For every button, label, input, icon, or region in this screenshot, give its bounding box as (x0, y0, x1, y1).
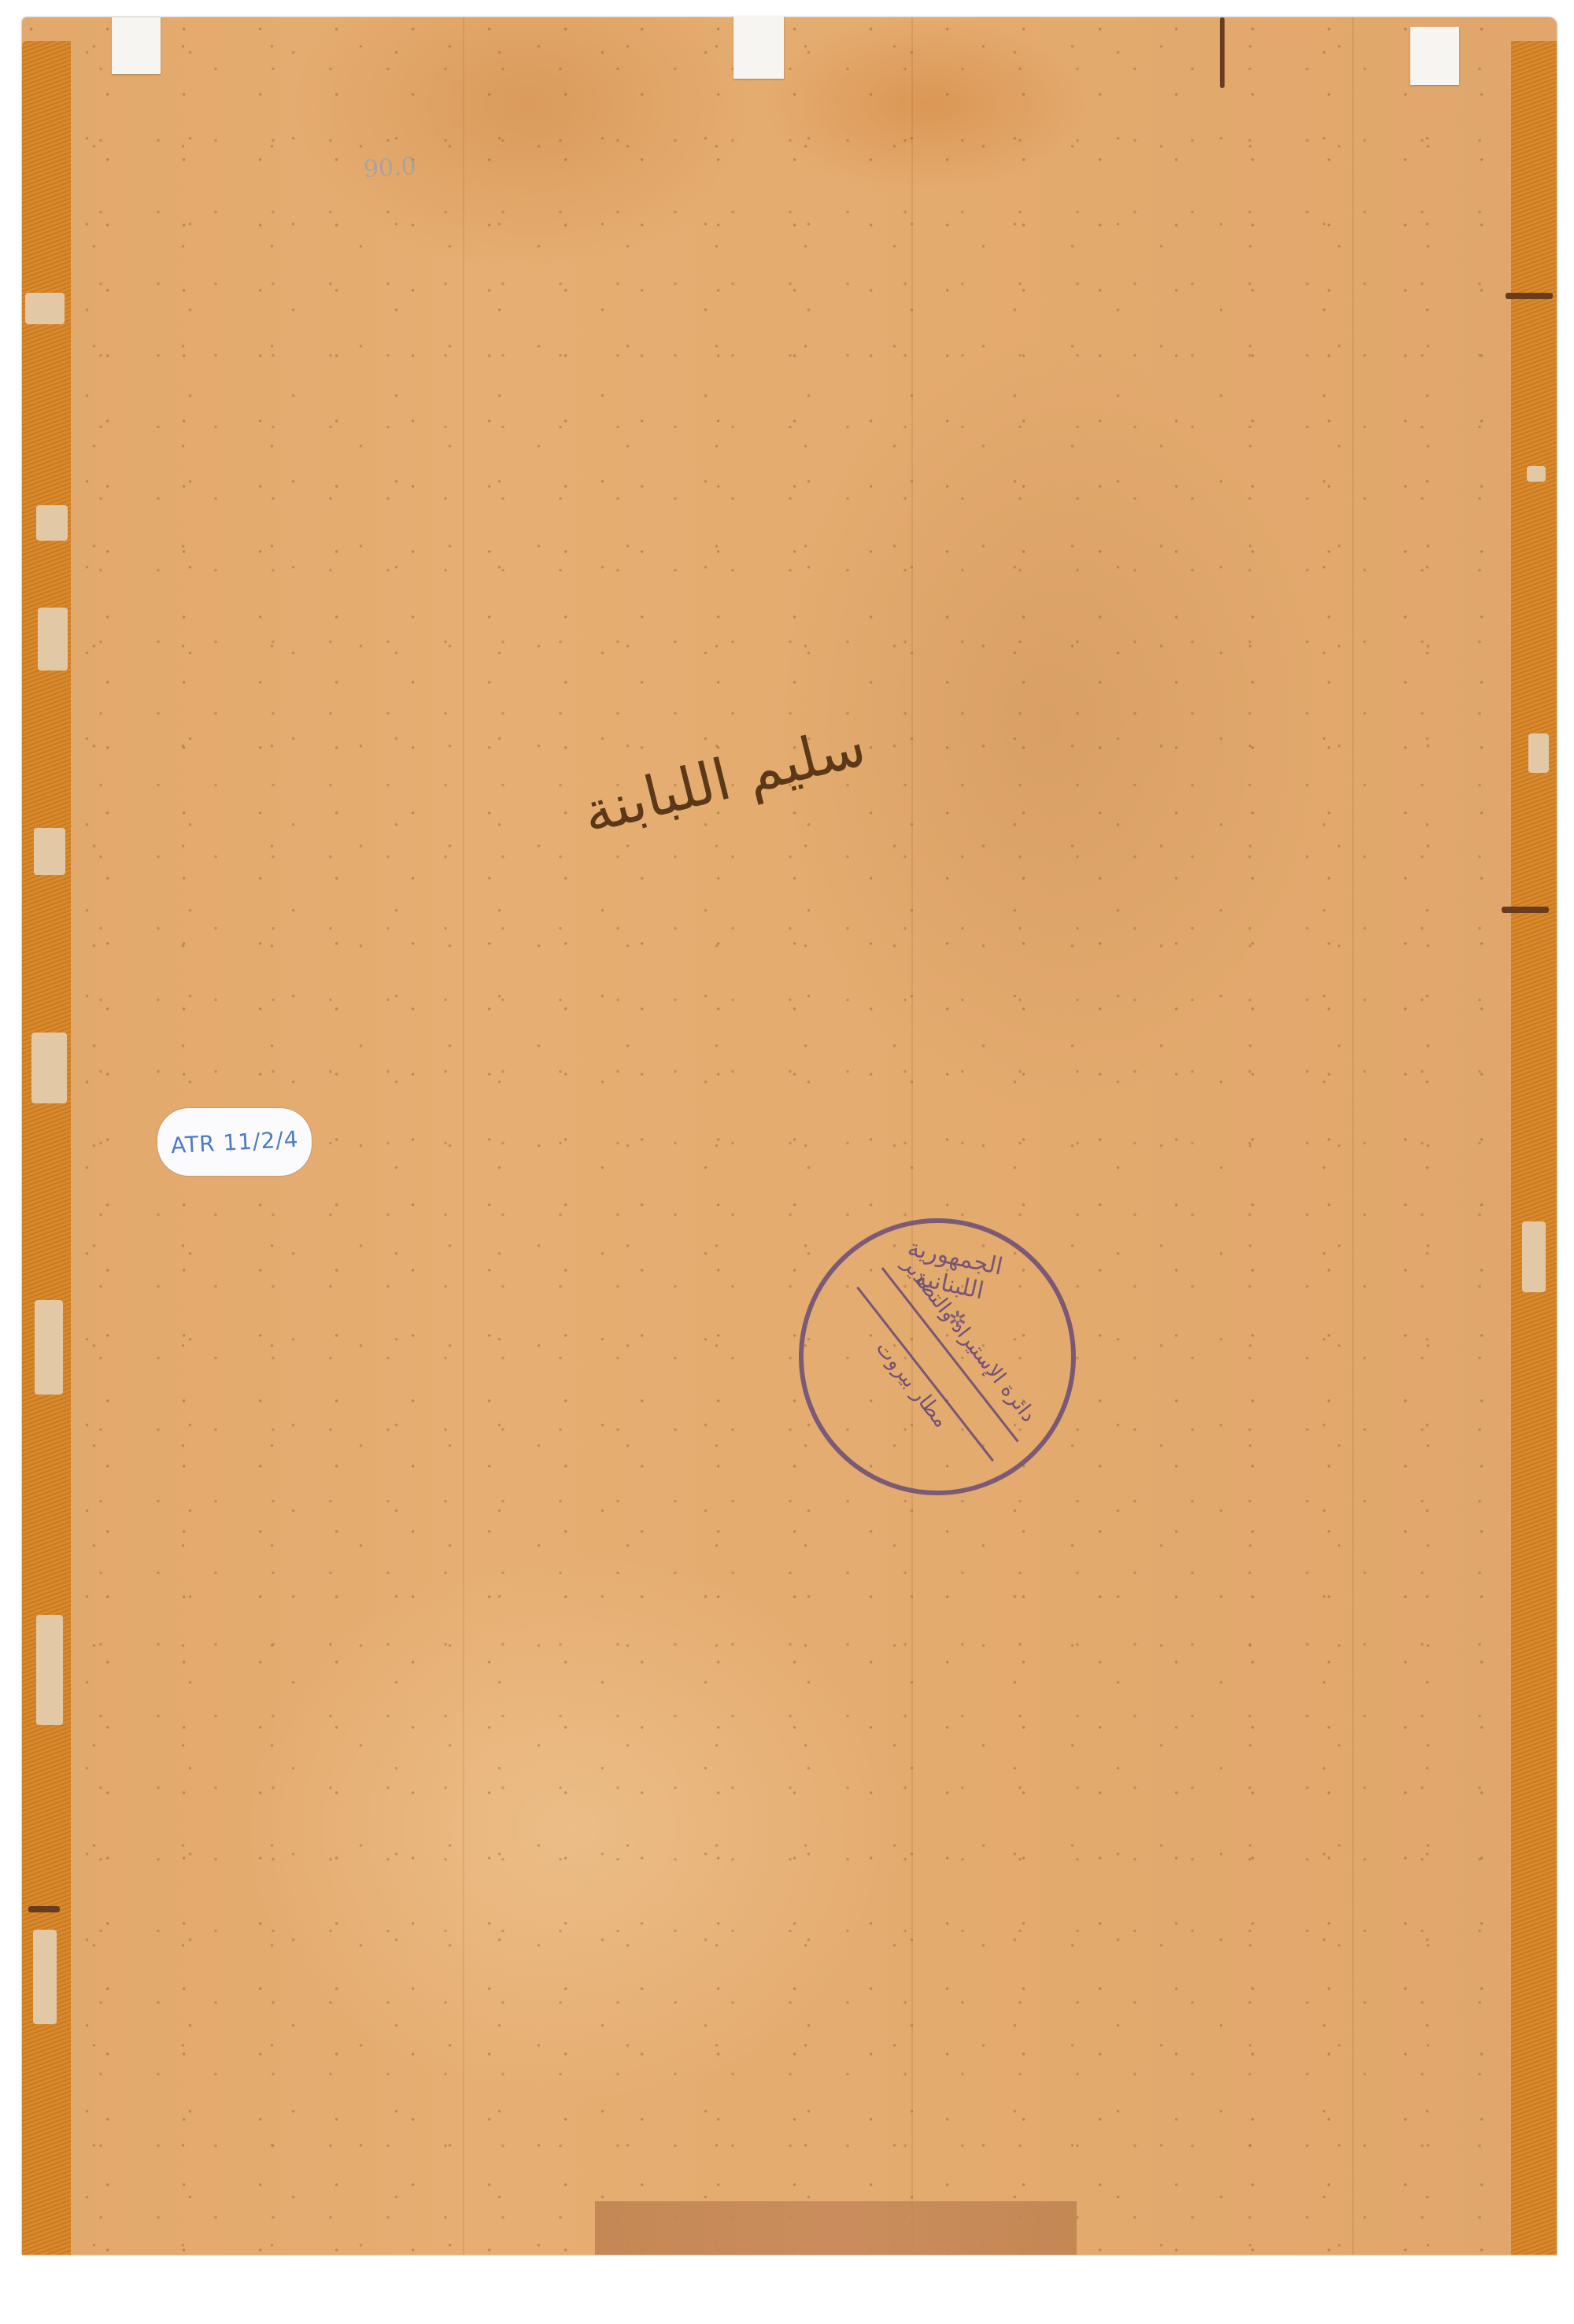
inventory-label: ATR 11/2/4 (157, 1108, 312, 1176)
mounting-tab (733, 16, 784, 79)
right-edge-tape (1511, 41, 1557, 2255)
mounting-tab (112, 17, 161, 74)
edge-tear (28, 1906, 60, 1912)
inventory-label-text: ATR 11/2/4 (170, 1125, 299, 1158)
mounting-tab (1410, 27, 1459, 85)
handwritten-inscription: سليم اللبابنة (472, 693, 976, 874)
paper-seam (911, 17, 913, 2255)
edge-tear (1502, 907, 1549, 913)
customs-stamp: الجمهورية اللبنانية دائرة الإستيراد والت… (799, 1218, 1076, 1495)
pencil-mark: 90.0 (363, 153, 417, 184)
left-edge-tape (22, 41, 71, 2255)
cedar-emblem-icon: ✲ (948, 1306, 972, 1338)
bottom-tape-patch (595, 2201, 1077, 2255)
paper-seam (1352, 17, 1354, 2255)
crack-mark (1220, 17, 1225, 88)
edge-tear (1506, 293, 1553, 299)
paper-seam (463, 17, 464, 2255)
